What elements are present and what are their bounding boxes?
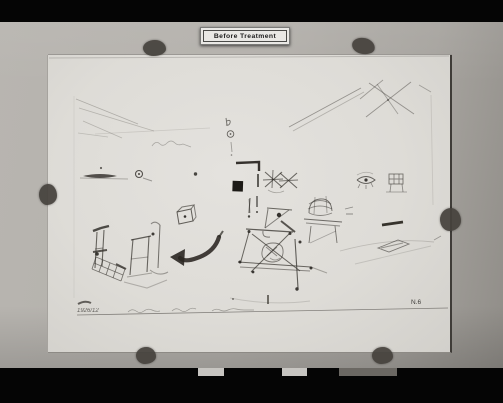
grid-table-sketch (386, 174, 407, 192)
artist-corner-mark: N.6 (411, 299, 422, 306)
before-treatment-label-text: Before Treatment (203, 30, 287, 42)
cube-sketch (177, 205, 196, 224)
birdcage-sketch (304, 196, 353, 243)
curved-arrow (170, 231, 223, 266)
hatched-bench-sketch (92, 252, 126, 281)
scale-bar-chip (198, 368, 224, 376)
gate-sketch (124, 222, 168, 288)
heavy-dash (382, 222, 403, 225)
tape-blob (372, 347, 393, 364)
before-treatment-label: Before Treatment (200, 27, 290, 45)
scale-bar-chip (339, 368, 397, 376)
tape-blob (39, 184, 57, 205)
center-marks (226, 118, 250, 213)
caption-smudge (78, 302, 91, 304)
left-row-marks (80, 167, 197, 181)
ceiling-hatch-lines (76, 99, 210, 138)
right-perspective-lines (289, 80, 433, 205)
tape-blob (136, 347, 156, 364)
tape-blob (440, 208, 461, 231)
scribble-line (152, 141, 191, 147)
eye-sketch (357, 172, 375, 189)
scale-bar-chip (282, 368, 307, 376)
parallelogram-sketch (340, 236, 441, 264)
filled-square (232, 181, 243, 192)
caption-baseline (77, 308, 448, 315)
pencil-drawing: 1926/12 N.6 (0, 0, 503, 403)
caption-inscription: 1926/12 (77, 308, 99, 314)
tape-blob (143, 40, 166, 56)
asterisk-scribbles (263, 170, 298, 193)
caption-area: 1926/12 N.6 (77, 299, 448, 315)
conservation-photo: 1926/12 N.6 Before Treatment (0, 0, 503, 403)
